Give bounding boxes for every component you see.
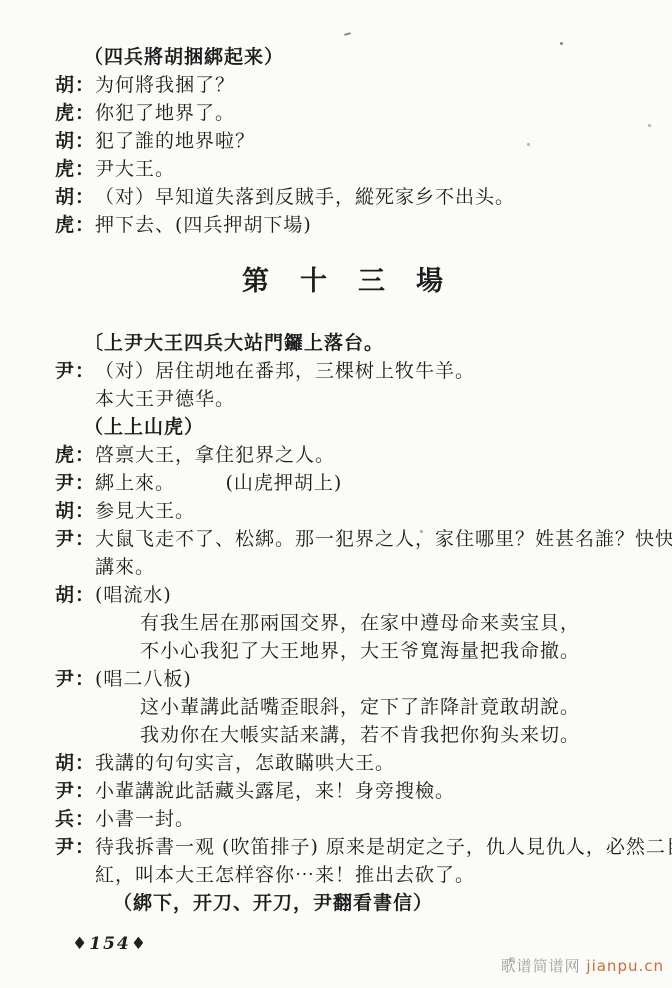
line-text: 大鼠飞走不了、松綁。那一犯界之人，家住哪里？姓甚名誰？快快	[95, 528, 672, 550]
line-text: （对）早知道失落到反賊手，縱死家乡不出头。	[95, 186, 515, 208]
script-line: 本大王尹德华。	[55, 386, 642, 414]
line-text: 啓禀大王，拿住犯界之人。	[95, 444, 335, 466]
speaker-label: 虎：	[55, 156, 95, 182]
speaker-label: 尹：	[55, 666, 95, 692]
page-number: ♦154♦	[72, 934, 148, 954]
watermark-domain: jianpu.cn	[586, 957, 664, 975]
line-text: 不小心我犯了大王地界，大王爷寬海量把我命撤。	[140, 640, 580, 662]
line-text: 我講的句句实言，怎敢瞞哄大王。	[95, 752, 395, 774]
speaker-label: 尹：	[55, 470, 95, 496]
script-line: 这小輩講此話嘴歪眼斜，定下了詐降計竟敢胡說。	[55, 694, 642, 722]
script-line: 尹：小輩講說此話藏头露尾，来！身旁搜檢。	[55, 778, 642, 806]
line-text: 待我拆書一观 (吹笛排子) 原来是胡定之子，仇人見仇人，必然二目	[95, 836, 672, 858]
line-text: （对）居住胡地在番邦，三棵树上牧牛羊。	[95, 360, 475, 382]
script-page: （四兵將胡捆綁起来）胡：为何將我捆了？虎：你犯了地界了。胡：犯了誰的地界啦？虎：…	[0, 0, 672, 988]
script-body: （四兵將胡捆綁起来）胡：为何將我捆了？虎：你犯了地界了。胡：犯了誰的地界啦？虎：…	[55, 44, 642, 918]
speaker-label: 尹：	[55, 778, 95, 804]
line-text: 参見大王。	[95, 500, 195, 522]
line-text: （四兵將胡捆綁起来）	[84, 46, 284, 68]
line-text: （綁下，开刀、开刀，尹翻看書信）	[113, 892, 433, 914]
speaker-label: 胡：	[55, 184, 95, 210]
line-text: (唱流水)	[95, 584, 172, 606]
script-line: 胡：参見大王。	[55, 498, 642, 526]
line-text: 〔上尹大王四兵大站門鑼上落台。	[84, 332, 384, 354]
script-line: 虎：啓禀大王，拿住犯界之人。	[55, 442, 642, 470]
speaker-label: 尹：	[55, 526, 95, 552]
line-text: 押下去、(四兵押胡下場)	[95, 214, 312, 236]
script-line: 紅，叫本大王怎样容你⋯来！推出去砍了。	[55, 862, 642, 890]
script-line: 兵：小書一封。	[55, 806, 642, 834]
line-text: 你犯了地界了。	[95, 102, 235, 124]
script-line: 胡：我講的句句实言，怎敢瞞哄大王。	[55, 750, 642, 778]
script-line: 講來。	[55, 554, 642, 582]
speaker-label: 虎：	[55, 442, 95, 468]
line-text: 本大王尹德华。	[95, 388, 235, 410]
line-text: 尹大王。	[95, 158, 175, 180]
speaker-label: 胡：	[55, 128, 95, 154]
scene-title: 第 十 三 場	[55, 266, 632, 298]
script-line: （四兵將胡捆綁起来）	[55, 44, 642, 72]
script-line: 胡：（对）早知道失落到反賊手，縱死家乡不出头。	[55, 184, 642, 212]
script-line: （上上山虎）	[55, 414, 642, 442]
line-text: 这小輩講此話嘴歪眼斜，定下了詐降計竟敢胡說。	[140, 696, 580, 718]
script-line: 尹：(唱二八板)	[55, 666, 642, 694]
script-line: 尹：（对）居住胡地在番邦，三棵树上牧牛羊。	[55, 358, 642, 386]
speaker-label: 胡：	[55, 582, 95, 608]
script-line: 尹：大鼠飞走不了、松綁。那一犯界之人，家住哪里？姓甚名誰？快快	[55, 526, 642, 554]
line-text: 有我生居在那兩国交界，在家中遵母命来卖宝貝，	[140, 612, 580, 634]
line-text: 小書一封。	[95, 808, 195, 830]
script-line: 虎：尹大王。	[55, 156, 642, 184]
speaker-label: 虎：	[55, 212, 95, 238]
script-line: 虎：押下去、(四兵押胡下場)	[55, 212, 642, 240]
script-line: 虎：你犯了地界了。	[55, 100, 642, 128]
script-line: 尹：綁上來。 (山虎押胡上)	[55, 470, 642, 498]
line-text: （上上山虎）	[84, 416, 204, 438]
watermark: 歌谱简谱网 jianpu.cn	[501, 955, 664, 976]
speaker-label: 尹：	[55, 834, 95, 860]
line-text: (唱二八板)	[95, 668, 192, 690]
speaker-label: 胡：	[55, 498, 95, 524]
line-text: 犯了誰的地界啦？	[95, 130, 255, 152]
speaker-label: 虎：	[55, 100, 95, 126]
script-line: 胡：(唱流水)	[55, 582, 642, 610]
speaker-label: 兵：	[55, 806, 95, 832]
script-line: 胡：为何將我捆了？	[55, 72, 642, 100]
speaker-label: 胡：	[55, 72, 95, 98]
print-speck	[420, 530, 423, 533]
script-line: 尹：待我拆書一观 (吹笛排子) 原来是胡定之子，仇人見仇人，必然二目	[55, 834, 642, 862]
line-text: 小輩講說此話藏头露尾，来！身旁搜檢。	[95, 780, 455, 802]
script-line: 〔上尹大王四兵大站門鑼上落台。	[55, 330, 642, 358]
speaker-label: 尹：	[55, 358, 95, 384]
print-speck	[560, 42, 563, 45]
script-line: 不小心我犯了大王地界，大王爷寬海量把我命撤。	[55, 638, 642, 666]
line-text: 紅，叫本大王怎样容你⋯来！推出去砍了。	[95, 864, 475, 886]
script-line: 我劝你在大帳实話来講，若不肯我把你狗头来切。	[55, 722, 642, 750]
print-speck	[527, 143, 530, 146]
line-text: 講來。	[95, 556, 155, 578]
print-speck	[648, 124, 651, 127]
line-text: 綁上來。 (山虎押胡上)	[95, 472, 342, 494]
line-text: 我劝你在大帳实話来講，若不肯我把你狗头来切。	[140, 724, 580, 746]
speaker-label: 胡：	[55, 750, 95, 776]
script-line: 胡：犯了誰的地界啦？	[55, 128, 642, 156]
script-line: （綁下，开刀、开刀，尹翻看書信）	[55, 890, 642, 918]
print-speck	[509, 957, 515, 962]
script-line: 有我生居在那兩国交界，在家中遵母命来卖宝貝，	[55, 610, 642, 638]
line-text: 为何將我捆了？	[95, 74, 235, 96]
